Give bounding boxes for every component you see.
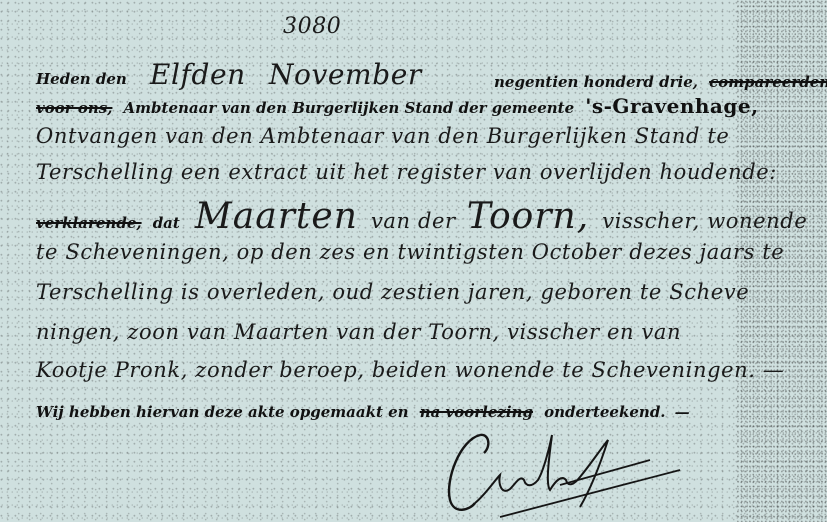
- printed-dat: dat: [153, 214, 180, 232]
- printed-year: negentien honderd drie,: [494, 73, 698, 91]
- struck-na-voorlezing: na voorlezing: [420, 403, 533, 421]
- line-6-handwritten: te Scheveningen, op den zes en twintigst…: [36, 240, 784, 264]
- line-2: voor ons, Ambtenaar van den Burgerlijken…: [36, 94, 759, 118]
- printed-heden-den: Heden den: [36, 70, 127, 88]
- line-5: verklarende, dat Maarten van der Toorn, …: [36, 196, 807, 237]
- line-4-handwritten: Terschelling een extract uit het registe…: [36, 160, 777, 184]
- deceased-name-prefix: van der: [371, 209, 456, 233]
- line-1-right: negentien honderd drie, compareerden: [494, 72, 827, 91]
- municipality: 's-Gravenhage,: [585, 94, 758, 118]
- struck-verklarende: verklarende,: [36, 214, 142, 232]
- line-9-handwritten: Kootje Pronk, zonder beroep, beiden wone…: [36, 358, 784, 382]
- handwritten-month: November: [269, 58, 422, 91]
- printed-ambtenaar: Ambtenaar van den Burgerlijken Stand der…: [124, 99, 575, 117]
- line-1: Heden den Elfden November: [36, 58, 422, 91]
- printed-onderteekend: onderteekend.: [544, 403, 665, 421]
- line-8-handwritten: ningen, zoon van Maarten van der Toorn, …: [36, 320, 681, 344]
- occupation-residence: visscher, wonende: [602, 209, 807, 233]
- record-number: 3080: [283, 14, 341, 39]
- deceased-first-name: Maarten: [195, 196, 358, 237]
- closing-dash: —: [675, 403, 690, 421]
- deceased-last-name: Toorn,: [467, 196, 589, 237]
- printed-wij-hebben: Wij hebben hiervan deze akte opgemaakt e…: [36, 403, 409, 421]
- line-7-handwritten: Terschelling is overleden, oud zestien j…: [36, 280, 749, 304]
- line-10: Wij hebben hiervan deze akte opgemaakt e…: [36, 402, 690, 421]
- struck-voor-ons: voor ons,: [36, 99, 112, 117]
- line-3-handwritten: Ontvangen van den Ambtenaar van den Burg…: [36, 124, 729, 148]
- struck-compareerden: compareerden: [709, 73, 827, 91]
- official-signature: [440, 425, 700, 522]
- handwritten-day: Elfden: [150, 58, 246, 91]
